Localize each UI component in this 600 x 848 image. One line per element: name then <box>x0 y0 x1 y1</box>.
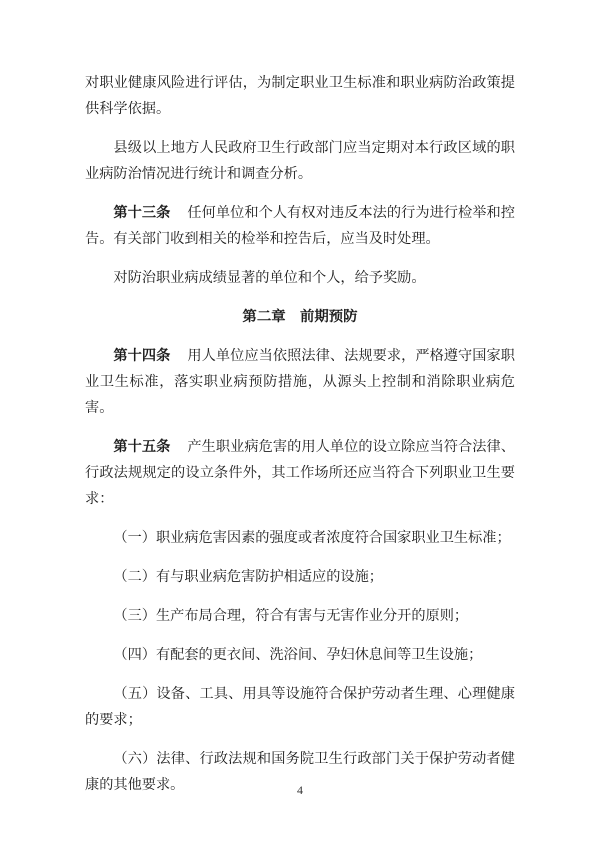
article-paragraph: 第十四条用人单位应当依照法律、法规要求，严格遵守国家职业卫生标准，落实职业病预防… <box>85 343 515 421</box>
page-number: 4 <box>297 783 303 797</box>
body-paragraph: （一）职业病危害因素的强度或者浓度符合国家职业卫生标准； <box>85 525 515 551</box>
article-number-label: 第十三条 <box>113 205 170 221</box>
page-footer: 4 <box>0 783 600 797</box>
paragraph-text: （一）职业病危害因素的强度或者浓度符合国家职业卫生标准； <box>113 530 510 546</box>
paragraph-text: （四）有配套的更衣间、洗浴间、孕妇休息间等卫生设施； <box>113 647 482 663</box>
article-paragraph: 第十三条任何单位和个人有权对违反本法的行为进行检举和控告。有关部门收到相关的检举… <box>85 200 515 252</box>
paragraph-text: 第二章 前期预防 <box>242 309 357 325</box>
chapter-heading: 第二章 前期预防 <box>85 304 515 330</box>
document-page: 对职业健康风险进行评估，为制定职业卫生标准和职业病防治政策提供科学依据。县级以上… <box>0 0 600 848</box>
body-paragraph: （三）生产布局合理，符合有害与无害作业分开的原则； <box>85 603 515 629</box>
document-body: 对职业健康风险进行评估，为制定职业卫生标准和职业病防治政策提供科学依据。县级以上… <box>85 70 515 811</box>
body-paragraph: （二）有与职业病危害防护相适应的设施； <box>85 564 515 590</box>
body-paragraph: （五）设备、工具、用具等设施符合保护劳动者生理、心理健康的要求； <box>85 681 515 733</box>
paragraph-text: 对防治职业病成绩显著的单位和个人，给予奖励。 <box>113 270 425 286</box>
paragraph-text: （五）设备、工具、用具等设施符合保护劳动者生理、心理健康的要求； <box>85 686 515 728</box>
body-paragraph: 对防治职业病成绩显著的单位和个人，给予奖励。 <box>85 265 515 291</box>
paragraph-text: （三）生产布局合理，符合有害与无害作业分开的原则； <box>113 608 468 624</box>
article-paragraph: 第十五条产生职业病危害的用人单位的设立除应当符合法律、行政法规规定的设立条件外，… <box>85 434 515 512</box>
paragraph-text: 对职业健康风险进行评估，为制定职业卫生标准和职业病防治政策提供科学依据。 <box>85 75 515 117</box>
body-paragraph: （四）有配套的更衣间、洗浴间、孕妇休息间等卫生设施； <box>85 642 515 668</box>
body-paragraph: 县级以上地方人民政府卫生行政部门应当定期对本行政区域的职业病防治情况进行统计和调… <box>85 135 515 187</box>
paragraph-text: （二）有与职业病危害防护相适应的设施； <box>113 569 383 585</box>
paragraph-text: 县级以上地方人民政府卫生行政部门应当定期对本行政区域的职业病防治情况进行统计和调… <box>85 140 515 182</box>
body-paragraph: 对职业健康风险进行评估，为制定职业卫生标准和职业病防治政策提供科学依据。 <box>85 70 515 122</box>
article-number-label: 第十五条 <box>113 439 170 455</box>
article-number-label: 第十四条 <box>113 348 170 364</box>
